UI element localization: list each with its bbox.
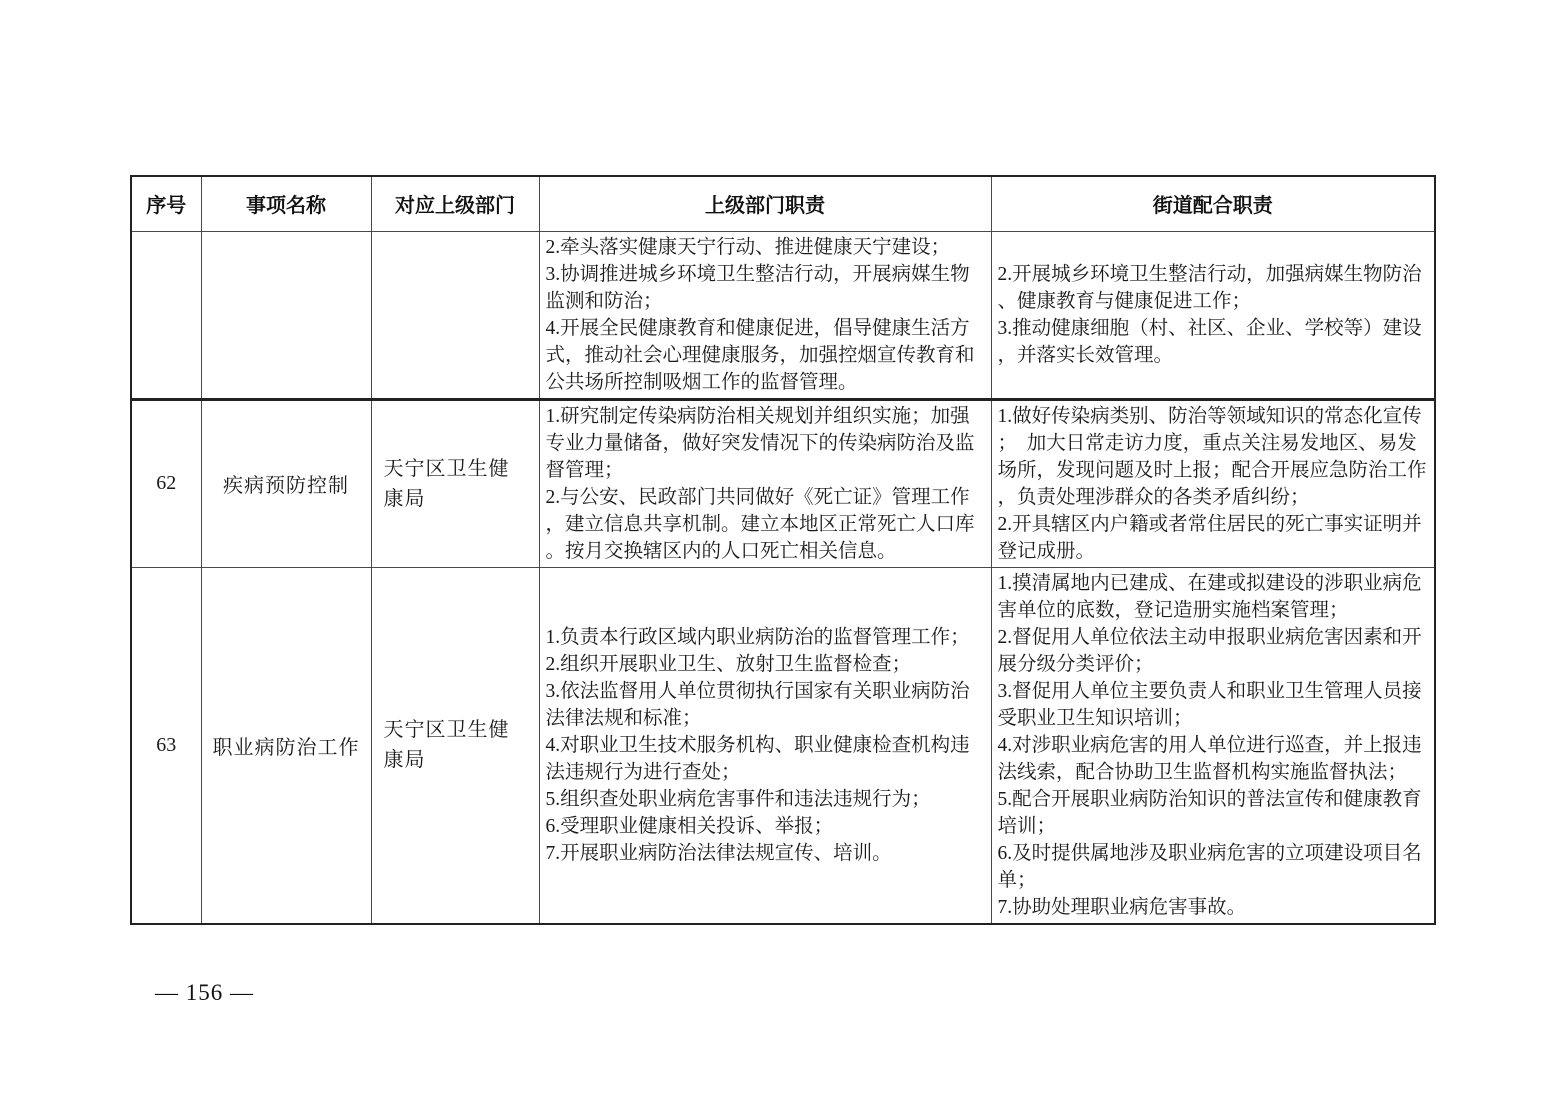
cell-superior-duties: 1.研究制定传染病防治相关规划并组织实施；加强 专业力量储备，做好突发情况下的传… (539, 399, 991, 567)
table-header-row: 序号 事项名称 对应上级部门 上级部门职责 街道配合职责 (131, 176, 1435, 231)
cell-street-duties: 2.开展城乡环境卫生整洁行动，加强病媒生物防治 、健康教育与健康促进工作； 3.… (991, 231, 1435, 399)
cell-department: 天宁区卫生健康局 (371, 567, 539, 924)
cell-item-name: 疾病预防控制 (201, 399, 371, 567)
document-page: 序号 事项名称 对应上级部门 上级部门职责 街道配合职责 2.牵头落实健康天宁行… (0, 0, 1559, 1102)
cell-street-duties: 1.摸清属地内已建成、在建或拟建设的涉职业病危 害单位的底数，登记造册实施档案管… (991, 567, 1435, 924)
cell-seq (131, 231, 201, 399)
table-row-63: 63 职业病防治工作 天宁区卫生健康局 1.负责本行政区域内职业病防治的监督管理… (131, 567, 1435, 924)
cell-item-name: 职业病防治工作 (201, 567, 371, 924)
header-street-duties: 街道配合职责 (991, 176, 1435, 231)
header-seq: 序号 (131, 176, 201, 231)
cell-street-duties: 1.做好传染病类别、防治等领域知识的常态化宣传 ； 加大日常走访力度，重点关注易… (991, 399, 1435, 567)
cell-department (371, 231, 539, 399)
cell-seq: 62 (131, 399, 201, 567)
table-row-62: 62 疾病预防控制 天宁区卫生健康局 1.研究制定传染病防治相关规划并组织实施；… (131, 399, 1435, 567)
cell-department: 天宁区卫生健康局 (371, 399, 539, 567)
header-superior-duties: 上级部门职责 (539, 176, 991, 231)
page-number: — 156 — (155, 980, 254, 1006)
duties-table: 序号 事项名称 对应上级部门 上级部门职责 街道配合职责 2.牵头落实健康天宁行… (130, 175, 1436, 925)
header-item-name: 事项名称 (201, 176, 371, 231)
cell-superior-duties: 1.负责本行政区域内职业病防治的监督管理工作； 2.组织开展职业卫生、放射卫生监… (539, 567, 991, 924)
cell-seq: 63 (131, 567, 201, 924)
cell-superior-duties: 2.牵头落实健康天宁行动、推进健康天宁建设； 3.协调推进城乡环境卫生整洁行动，… (539, 231, 991, 399)
table-row-continuation: 2.牵头落实健康天宁行动、推进健康天宁建设； 3.协调推进城乡环境卫生整洁行动，… (131, 231, 1435, 399)
cell-item-name (201, 231, 371, 399)
header-department: 对应上级部门 (371, 176, 539, 231)
